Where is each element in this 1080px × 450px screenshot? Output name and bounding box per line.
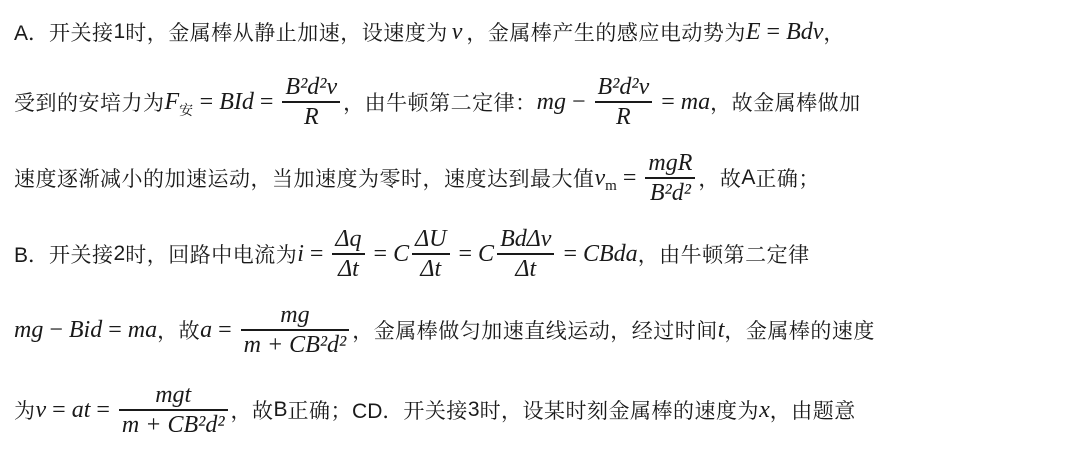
math-equals: = (102, 317, 128, 344)
math-expr: mg (14, 317, 43, 344)
math-fraction: mg m + CB²d² (241, 301, 350, 359)
math-fraction: mgt m + CB²d² (119, 381, 228, 439)
text: 受到的安培力为 (14, 87, 165, 117)
math-equals: = (254, 89, 280, 116)
fraction-numerator: mg (277, 301, 312, 329)
text: ，故金属棒做加 (710, 87, 861, 117)
math-expr: BId (219, 89, 254, 116)
option-label-cd: CD． (352, 395, 403, 425)
fraction-numerator: mgt (152, 381, 194, 409)
text: ，金属棒做匀加速直线运动，经过时间 (352, 315, 718, 345)
text: 时，金属棒从静止加速，设速度为 (125, 17, 448, 47)
fraction-numerator: mgR (645, 149, 695, 177)
math-var-t: t (718, 317, 725, 344)
fraction-denominator: m + CB²d² (119, 411, 228, 439)
math-subscript: 安 (179, 100, 194, 120)
math-var-i: i (297, 241, 304, 268)
solution-line-6: 为 v = at = mgt m + CB²d² ，故 B 正确； CD． 开关… (14, 380, 856, 440)
math-equals: = (655, 89, 681, 116)
solution-line-4: B． 开关接 2 时，回路中电流为 i = Δq Δt = C ΔU Δt = … (14, 224, 810, 284)
text: 开关接 (49, 239, 114, 269)
fraction-numerator: B²d²v (282, 73, 340, 101)
text: ，故 (231, 395, 274, 425)
text: ，由题意 (770, 395, 856, 425)
text: 速度逐渐减小的加速运动，当加速度为零时，速度达到最大值 (14, 163, 595, 193)
math-fraction: ΔU Δt (412, 225, 449, 283)
math-minus: − (43, 317, 69, 344)
math-equals: = (90, 397, 116, 424)
text: ，由牛顿第二定律： (343, 87, 537, 117)
fraction-denominator: m + CB²d² (241, 331, 350, 359)
math-fraction: BdΔv Δt (497, 225, 554, 283)
switch-number: 1 (114, 20, 126, 44)
math-expr: mg (537, 89, 566, 116)
option-label-b: B． (14, 239, 49, 269)
fraction-numerator: ΔU (412, 225, 449, 253)
math-equals: = (194, 89, 220, 116)
math-equals: = (46, 397, 72, 424)
switch-number: 3 (468, 398, 480, 422)
switch-number: 2 (114, 242, 126, 266)
option-label-a: A． (14, 17, 49, 47)
text: 开关接 (403, 395, 468, 425)
math-var-c: C (393, 241, 409, 268)
math-var-v: v (595, 165, 606, 192)
fraction-denominator: Δt (335, 255, 362, 283)
text: 时，回路中电流为 (125, 239, 297, 269)
solution-line-5: mg − Bid = ma ，故 a = mg m + CB²d² ，金属棒做匀… (14, 300, 875, 360)
solution-line-2: 受到的安培力为 F 安 = BId = B²d²v R ，由牛顿第二定律： mg… (14, 72, 861, 132)
option-ref: B (274, 398, 288, 422)
math-expr: ma (681, 89, 710, 116)
math-expr: at (72, 397, 91, 424)
math-var-v: v (452, 19, 463, 46)
solution-line-1: A． 开关接 1 时，金属棒从静止加速，设速度为 v ，金属棒产生的感应电动势为… (14, 12, 845, 52)
fraction-numerator: B²d²v (595, 73, 653, 101)
text: 为 (14, 395, 36, 425)
fraction-denominator: Δt (512, 255, 539, 283)
text: ， (823, 17, 845, 47)
math-minus: − (566, 89, 592, 116)
text: 时，设某时刻金属棒的速度为 (480, 395, 760, 425)
math-expr: ma (128, 317, 157, 344)
math-fraction: B²d²v R (282, 73, 340, 131)
math-var-e: E (746, 19, 761, 46)
math-expr: Bdv (786, 19, 823, 46)
math-equals: = (557, 241, 583, 268)
fraction-denominator: B²d² (647, 179, 694, 207)
math-equals: = (212, 317, 238, 344)
math-equals: = (304, 241, 330, 268)
text: 正确； (755, 163, 820, 193)
math-equals: = (368, 241, 394, 268)
math-var-v: v (36, 397, 47, 424)
math-fraction: B²d²v R (595, 73, 653, 131)
text: ，故 (698, 163, 741, 193)
math-var-c: C (478, 241, 494, 268)
math-var-f: F (165, 89, 180, 116)
text: ，由牛顿第二定律 (638, 239, 810, 269)
math-equals: = (453, 241, 479, 268)
fraction-denominator: R (613, 103, 634, 131)
text: 正确； (288, 395, 353, 425)
text: ，故 (157, 315, 200, 345)
fraction-denominator: Δt (417, 255, 444, 283)
solution-line-3: 速度逐渐减小的加速运动，当加速度为零时，速度达到最大值 v m = mgR B²… (14, 148, 820, 208)
text: ，金属棒的速度 (724, 315, 875, 345)
text: ，金属棒产生的感应电动势为 (466, 17, 746, 47)
math-subscript: m (605, 178, 617, 195)
math-equals: = (761, 19, 787, 46)
fraction-numerator: Δq (332, 225, 364, 253)
math-fraction: mgR B²d² (645, 149, 695, 207)
text: 开关接 (49, 17, 114, 47)
math-expr: Bid (69, 317, 102, 344)
math-equals: = (617, 165, 643, 192)
math-expr: CBda (583, 241, 638, 268)
fraction-denominator: R (301, 103, 322, 131)
math-var-x: x (759, 397, 770, 424)
fraction-numerator: BdΔv (497, 225, 554, 253)
math-fraction: Δq Δt (332, 225, 364, 283)
math-var-a: a (200, 317, 212, 344)
option-ref: A (741, 166, 755, 190)
